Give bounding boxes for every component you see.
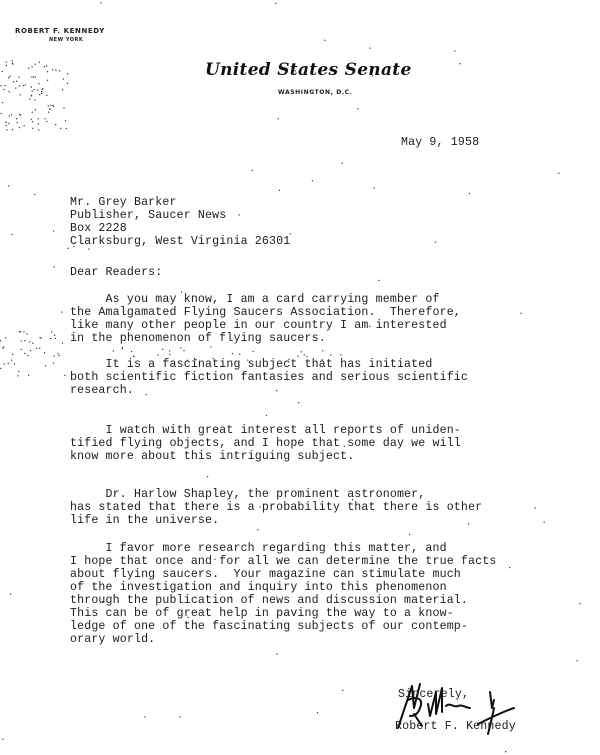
body-paragraph-2: It is a fascinating subject that has ini… [70,358,468,397]
letterhead-title: United States Senate [205,60,412,80]
recipient-address: Mr. Grey Barker Publisher, Saucer News B… [70,196,290,248]
sender-name: ROBERT F. KENNEDY [15,27,105,35]
typed-signature-name: Robert F. Kennedy [395,720,516,733]
body-paragraph-1: As you may know, I am a card carrying me… [70,293,461,345]
body-paragraph-4: Dr. Harlow Shapley, the prominent astron… [70,488,482,527]
sender-state: NEW YORK [49,37,83,43]
body-paragraph-3: I watch with great interest all reports … [70,424,461,463]
salutation: Dear Readers: [70,266,162,279]
letter-page: ROBERT F. KENNEDY NEW YORK United States… [0,0,600,755]
body-paragraph-5: I favor more research regarding this mat… [70,542,496,646]
letterhead-city: WASHINGTON, D.C. [278,89,353,96]
letter-date: May 9, 1958 [401,136,479,149]
